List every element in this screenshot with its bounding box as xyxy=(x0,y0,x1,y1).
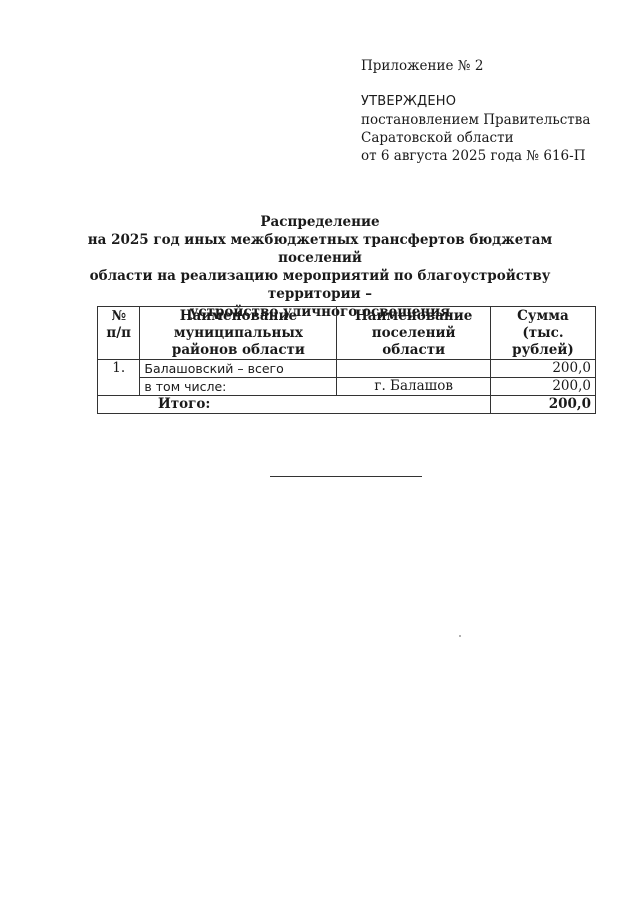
cell-settlement: г. Балашов xyxy=(337,378,491,396)
approval-line: Саратовской области xyxy=(361,129,590,147)
scan-speck xyxy=(459,635,461,637)
cell-amount: 200,0 xyxy=(490,360,595,378)
total-amount: 200,0 xyxy=(490,396,595,414)
table-row: в том числе: г. Балашов 200,0 xyxy=(98,378,596,396)
total-label: Итого: xyxy=(98,396,491,414)
table-total-row: Итого: 200,0 xyxy=(98,396,596,414)
distribution-table: № п/п Наименование муниципальных районов… xyxy=(97,306,596,414)
header-settlement: Наименование поселений области xyxy=(337,307,491,360)
title-line: Распределение xyxy=(80,213,560,231)
table-row: 1. Балашовский – всего 200,0 xyxy=(98,360,596,378)
document-title: Распределение на 2025 год иных межбюджет… xyxy=(80,213,560,321)
cell-district: Балашовский – всего xyxy=(140,360,337,378)
title-line: на 2025 год иных межбюджетных трансферто… xyxy=(80,231,560,267)
approval-line: постановлением Правительства xyxy=(361,111,590,129)
approval-block: Приложение № 2 УТВЕРЖДЕНО постановлением… xyxy=(361,57,590,165)
header-number: № п/п xyxy=(98,307,140,360)
signature-line xyxy=(270,476,422,477)
annex-number: Приложение № 2 xyxy=(361,57,590,75)
table-header-row: № п/п Наименование муниципальных районов… xyxy=(98,307,596,360)
cell-amount: 200,0 xyxy=(490,378,595,396)
approved-stamp: УТВЕРЖДЕНО xyxy=(361,93,590,111)
header-district: Наименование муниципальных районов облас… xyxy=(140,307,337,360)
header-amount: Сумма (тыс. рублей) xyxy=(490,307,595,360)
cell-settlement xyxy=(337,360,491,378)
title-line: области на реализацию мероприятий по бла… xyxy=(80,267,560,303)
cell-district: в том числе: xyxy=(140,378,337,396)
approval-line: от 6 августа 2025 года № 616-П xyxy=(361,147,590,165)
cell-number: 1. xyxy=(98,360,140,396)
